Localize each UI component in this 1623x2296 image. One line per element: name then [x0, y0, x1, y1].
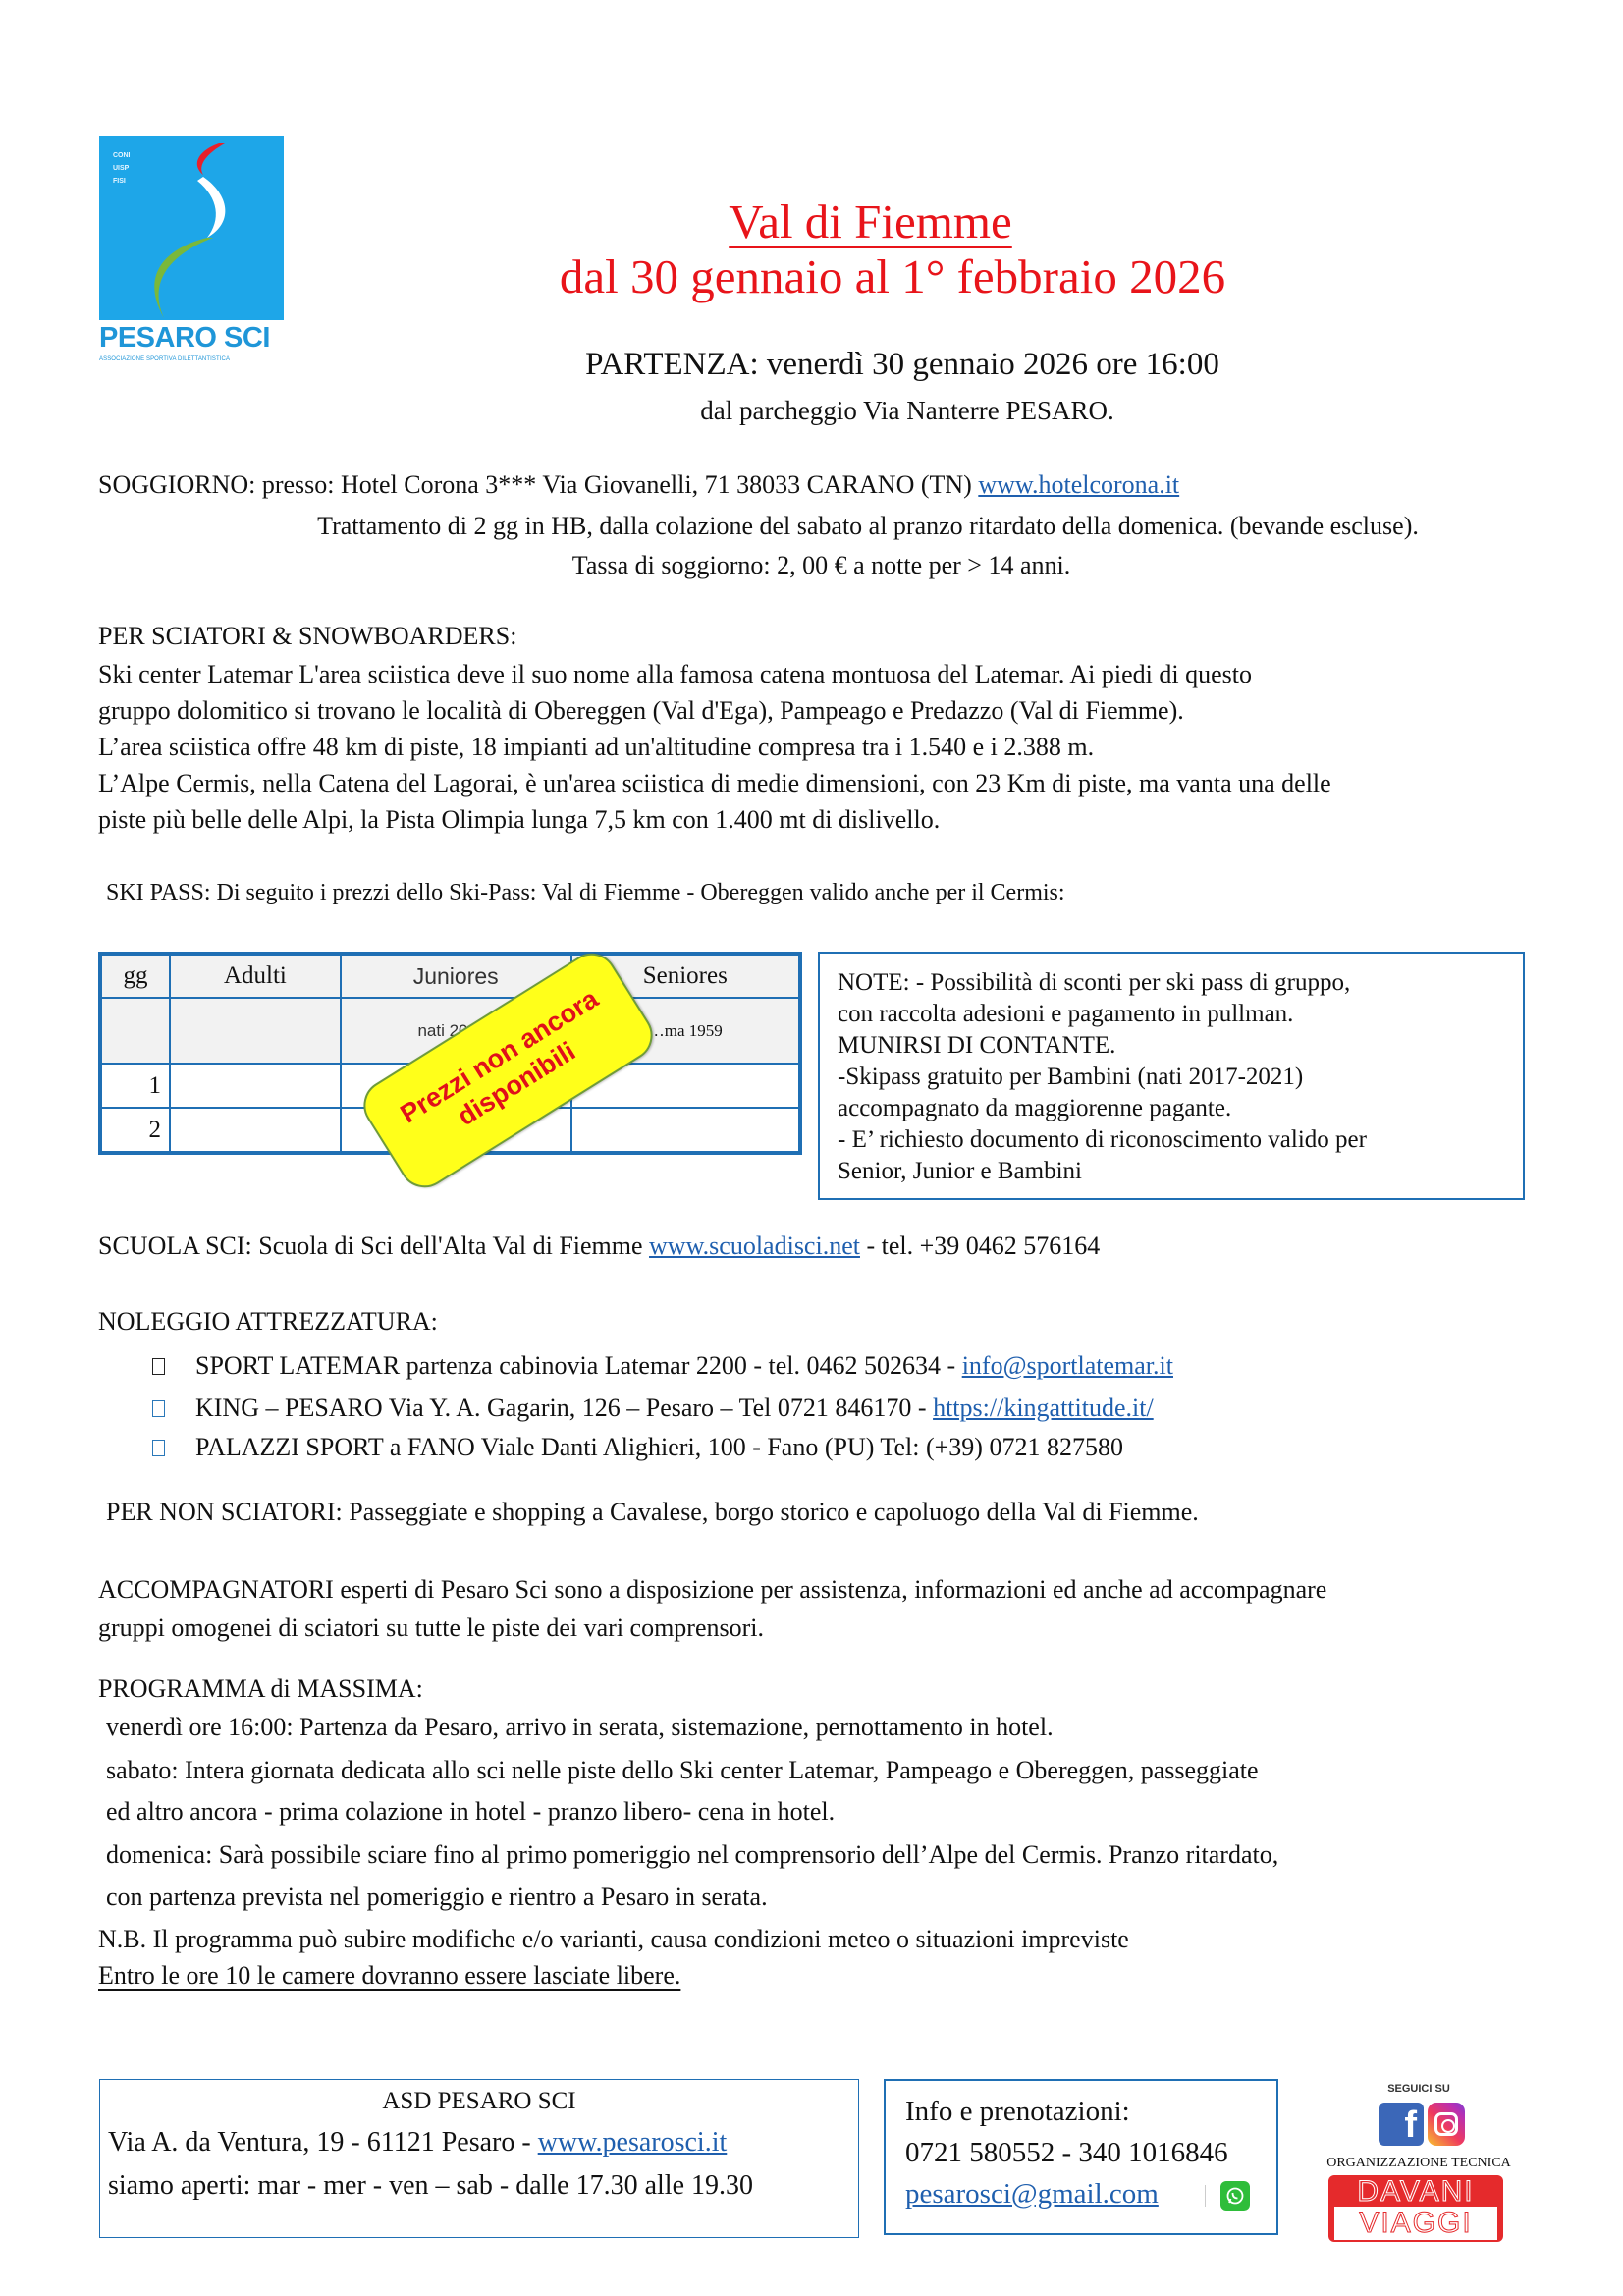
non-skiers-text: PER NON SCIATORI: Passeggiate e shopping…	[106, 1495, 1199, 1530]
hotel-link[interactable]: www.hotelcorona.it	[978, 470, 1179, 499]
program-line: domenica: Sarà possibile sciare fino al …	[106, 1837, 1278, 1873]
association-box: ASD PESARO SCI Via A. da Ventura, 19 - 6…	[99, 2079, 859, 2238]
cell-gg: 1	[101, 1064, 170, 1108]
departure-place: dal parcheggio Via Nanterre PESARO.	[0, 396, 1623, 426]
note-line: Senior, Junior e Bambini	[838, 1156, 1505, 1187]
facebook-icon[interactable]: f	[1379, 2103, 1424, 2146]
skiers-line: piste più belle delle Alpi, la Pista Oli…	[98, 801, 1542, 838]
booking-phones: 0721 580552 - 340 1016846	[905, 2132, 1276, 2173]
program-heading: PROGRAMMA di MASSIMA:	[98, 1671, 423, 1707]
guides-line: gruppi omogenei di sciatori su tutte le …	[98, 1609, 1326, 1647]
follow-us-label: SEGUICI SU	[1306, 2083, 1532, 2095]
skiers-description: Ski center Latemar L'area sciistica deve…	[98, 656, 1542, 838]
bullet-square-icon	[152, 1400, 165, 1417]
treatment-text: Trattamento di 2 gg in HB, dalla colazio…	[0, 509, 1623, 544]
bullet-square-icon	[152, 1440, 165, 1456]
skiers-line: L’area sciistica offre 48 km di piste, 1…	[98, 729, 1542, 765]
cell-adulti	[170, 1064, 341, 1108]
col-header-adulti: Adulti	[170, 955, 341, 998]
association-name: ASD PESARO SCI	[100, 2088, 858, 2115]
association-address-text: Via A. da Ventura, 19 - 61121 Pesaro -	[108, 2127, 538, 2158]
note-line: MUNIRSI DI CONTANTE.	[838, 1030, 1505, 1062]
booking-email-link[interactable]: pesarosci@gmail.com	[905, 2178, 1159, 2210]
ski-school-line: SCUOLA SCI: Scuola di Sci dell'Alta Val …	[98, 1229, 1100, 1264]
guides-text: ACCOMPAGNATORI esperti di Pesaro Sci son…	[98, 1570, 1326, 1647]
logo-fed-2: FISI	[113, 175, 131, 188]
subheader-cell	[170, 998, 341, 1064]
skipass-intro: SKI PASS: Di seguito i prezzi dello Ski-…	[106, 875, 1065, 910]
page-title-text: Val di Fiemme	[729, 194, 1012, 248]
departure-info: PARTENZA: venerdì 30 gennaio 2026 ore 16…	[0, 347, 1623, 383]
ski-school-label: SCUOLA SCI: Scuola di Sci dell'Alta Val …	[98, 1231, 649, 1260]
skiers-line: Ski center Latemar L'area sciistica deve…	[98, 656, 1542, 692]
agency-name-line-1: DAVANI	[1328, 2177, 1503, 2207]
booking-info-box: Info e prenotazioni: 0721 580552 - 340 1…	[884, 2079, 1278, 2235]
whatsapp-icon[interactable]	[1220, 2181, 1250, 2211]
rental-heading: NOLEGGIO ATTREZZATURA:	[98, 1304, 438, 1339]
soggiorno-label: SOGGIORNO: presso: Hotel Corona 3*** Via…	[98, 470, 978, 499]
instagram-icon[interactable]	[1428, 2103, 1465, 2146]
logo-fed-1: UISP	[113, 162, 131, 175]
social-and-organizer: SEGUICI SU f ORGANIZZAZIONE TECNICA DAVA…	[1306, 2075, 1532, 2252]
agency-name-line-2: VIAGGI	[1334, 2207, 1497, 2240]
rental-item-text: KING – PESARO Via Y. A. Gagarin, 126 – P…	[195, 1394, 933, 1422]
davani-viaggi-logo: DAVANI VIAGGI	[1328, 2175, 1503, 2242]
note-line: -Skipass gratuito per Bambini (nati 2017…	[838, 1062, 1505, 1093]
checkout-note: Entro le ore 10 le camere dovranno esser…	[98, 1958, 680, 1994]
bullet-square-icon	[152, 1358, 165, 1375]
technical-organization-label: ORGANIZZAZIONE TECNICA	[1306, 2156, 1532, 2171]
col-header-gg: gg	[101, 955, 170, 998]
soggiorno-line: SOGGIORNO: presso: Hotel Corona 3*** Via…	[98, 467, 1179, 503]
tourist-tax-text: Tassa di soggiorno: 2, 00 € a notte per …	[0, 548, 1623, 583]
rental-item-link[interactable]: https://kingattitude.it/	[933, 1394, 1154, 1422]
cell-gg: 2	[101, 1108, 170, 1152]
rental-item: SPORT LATEMAR partenza cabinovia Latemar…	[152, 1348, 1173, 1384]
cell-adulti	[170, 1108, 341, 1152]
association-website-link[interactable]: www.pesarosci.it	[538, 2127, 728, 2158]
skiers-line: gruppo dolomitico si trovano le località…	[98, 692, 1542, 729]
rental-item: KING – PESARO Via Y. A. Gagarin, 126 – P…	[152, 1391, 1154, 1426]
skiers-line: L’Alpe Cermis, nella Catena del Lagorai,…	[98, 765, 1542, 801]
program-line: ed altro ancora - prima colazione in hot…	[106, 1794, 835, 1830]
opening-hours: siamo aperti: mar - mer - ven – sab - da…	[108, 2170, 753, 2202]
page-title: Val di Fiemme	[0, 193, 1623, 249]
guides-line: ACCOMPAGNATORI esperti di Pesaro Sci son…	[98, 1570, 1326, 1609]
trip-dates: dal 30 gennaio al 1° febbraio 2026	[0, 248, 1623, 304]
program-note: N.B. Il programma può subire modifiche e…	[98, 1922, 1129, 1957]
ski-school-phone: - tel. +39 0462 576164	[860, 1231, 1100, 1260]
program-line: con partenza prevista nel pomeriggio e r…	[106, 1880, 768, 1915]
skipass-notes-box: NOTE: - Possibilità di sconti per ski pa…	[818, 952, 1525, 1200]
note-line: con raccolta adesioni e pagamento in pul…	[838, 999, 1505, 1030]
rental-item-text: SPORT LATEMAR partenza cabinovia Latemar…	[195, 1351, 962, 1380]
note-line: accompagnato da maggiorenne pagante.	[838, 1093, 1505, 1124]
rental-item: PALAZZI SPORT a FANO Viale Danti Alighie…	[152, 1430, 1123, 1465]
separator	[1205, 2185, 1206, 2207]
note-line: - E’ richiesto documento di riconoscimen…	[838, 1124, 1505, 1156]
note-line: NOTE: - Possibilità di sconti per ski pa…	[838, 967, 1505, 999]
program-line: venerdì ore 16:00: Partenza da Pesaro, a…	[106, 1710, 1054, 1745]
association-address: Via A. da Ventura, 19 - 61121 Pesaro - w…	[108, 2127, 727, 2159]
booking-title: Info e prenotazioni:	[905, 2091, 1276, 2132]
rental-item-link[interactable]: info@sportlatemar.it	[962, 1351, 1173, 1380]
ski-school-link[interactable]: www.scuoladisci.net	[649, 1231, 860, 1260]
skiers-heading: PER SCIATORI & SNOWBOARDERS:	[98, 619, 516, 654]
cell-seniores	[571, 1108, 799, 1152]
logo-fed-0: CONI	[113, 149, 131, 162]
rental-item-text: PALAZZI SPORT a FANO Viale Danti Alighie…	[195, 1433, 1123, 1461]
program-line: sabato: Intera giornata dedicata allo sc…	[106, 1753, 1259, 1788]
subheader-cell	[101, 998, 170, 1064]
